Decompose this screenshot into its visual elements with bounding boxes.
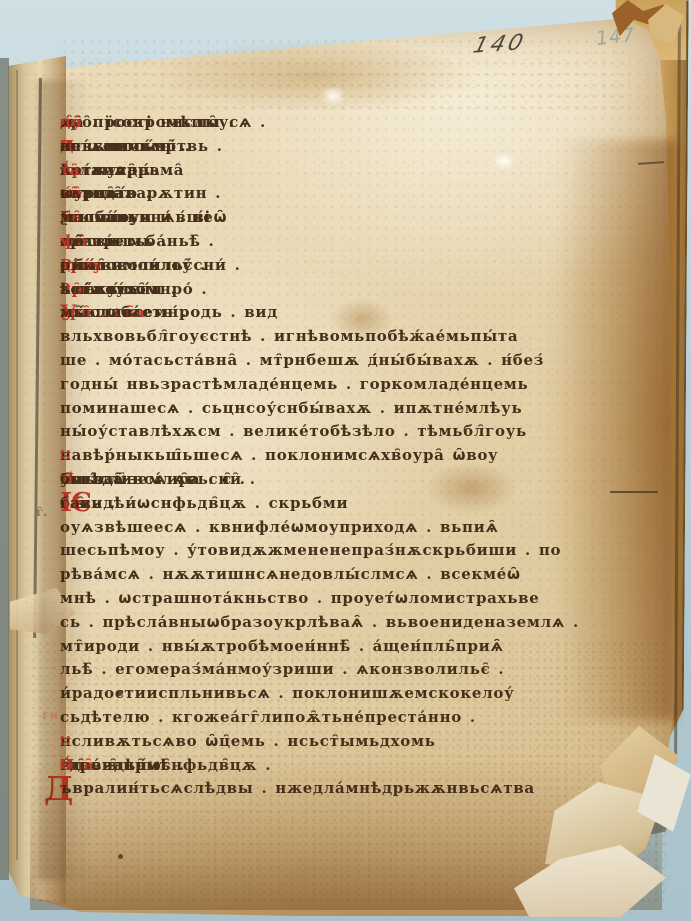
text-line: Реѓьгвимои́лоу̑ . дро́у . бл́говолильє́с… — [60, 254, 644, 278]
text-line: Гипомл́оуи н́ . в́і . по̑ѯсыба́нь . н́ма… — [60, 206, 644, 230]
text-segment: . — [60, 159, 66, 183]
text-line: рѣва́мсѧ . нѫѫтишнсѧнедовлы́слмсѧ . всек… — [60, 563, 644, 587]
text-segment: сьдѣтелю . кгожеа́гг̑липоѫ̑тьне́преста́н… — [60, 706, 476, 730]
manuscript-photo: дро̑прості нислы̑ . н́у . ѻ̑ма̑ . їсокро… — [0, 0, 691, 921]
text-block: дро̑прості нислы̑ . н́у . ѻ̑ма̑ . їсокро… — [60, 111, 644, 817]
text-segment: вьзгла̑ . — [60, 182, 138, 206]
text-segment: поминашесѧ . сьцнсоу́снбы́вахѫ . ипѫтне́… — [60, 397, 522, 421]
text-line: годны́ нвьзрастѣмладе́нцемь . горкомладе… — [60, 373, 644, 397]
text-line: ба́ть . гл̑а . в̑ . ІЄѓавидѣи́ѡснфьдв̑цѫ… — [60, 492, 644, 516]
text-segment: сь . прѣсла́вныѡбразоукрлѣваѧ̑ . вьвоени… — [60, 611, 579, 635]
folio-number-pencil: 147 — [595, 24, 636, 50]
text-line: скородаварѫтин . та̑ . трнет́о . н́ѡуена… — [60, 182, 644, 206]
text-line: мт̑ироди . нвы́ѫтробѣмоен́ннѣ̑ . а́щен́п… — [60, 635, 644, 659]
book-left-edge — [0, 58, 9, 880]
text-segment: нсливѫтьсѧво ѡ̑ц̑емь . нсьст̑ымьдхомь — [60, 730, 436, 754]
text-line: в̑ . Нстро́вапр̑мѣ̑ . Н́гдавидѣн́ѡснфьдв… — [60, 754, 644, 778]
text-segment: ѓавидѣи́ѡснфьдв̑цѫ . скрьбми — [60, 492, 348, 516]
ink-blot — [118, 854, 123, 859]
text-segment: невсегось́вр̑ . — [60, 135, 191, 159]
text-segment: ны́оу́ставлѣхѫсм . велике́тобѣзѣло . тѣм… — [60, 420, 527, 444]
text-segment: и́радостииспльнивьсѧ . поклонишѫемскокел… — [60, 682, 514, 706]
text-segment: рикл̑ — [60, 254, 106, 278]
text-line: оуѧзвѣшеесѧ . квнифле́ѡмоуприходѧ . вьпи… — [60, 516, 644, 540]
text-segment: ма̑ . їсокромѣшоусѧ . — [60, 111, 266, 135]
text-line: навѣр́ныкьш̑ьшесѧ . поклонимсѧхв̑оура̑ ѡ… — [60, 444, 644, 468]
text-segment: рѣва́мсѧ . нѫѫтишнсѧнедовлы́слмсѧ . всек… — [60, 563, 521, 587]
text-segment: навѣр́ныкьш̑ьшесѧ . поклонимсѧхв̑оура̑ ѡ… — [60, 444, 498, 468]
text-segment: ѣст́ѫутѫ . — [60, 278, 157, 302]
text-line: поминашесѧ . сьцнсоу́снбы́вахѫ . ипѫтне́… — [60, 397, 644, 421]
folio-number-ink: 140 — [470, 30, 528, 58]
text-segment: шесьпѣмоу . у́товидѫжмененепраз́нѫскрьби… — [60, 539, 561, 563]
text-line: Дъвралин́тьсѧслѣдвы . нжедла́мнѣдрьжѫнвь… — [60, 777, 644, 801]
text-segment: . — [60, 111, 66, 135]
text-line: ны́оу́ставлѣхѫсм . велике́тобѣзѣло . тѣм… — [60, 420, 644, 444]
text-segment: годны́ нвьзрастѣмладе́нцемь . горкомладе… — [60, 373, 528, 397]
rubric-segment: ∷ — [60, 730, 71, 754]
text-segment: ъвралин́тьсѧслѣдвы . нжедла́мнѣдрьжѫнвьс… — [60, 777, 535, 801]
text-segment: оуѧзвѣшеесѧ . квнифле́ѡмоуприходѧ . вьпи… — [60, 516, 499, 540]
text-segment: мт̑ироди . нвы́ѫтробѣмоен́ннѣ̑ . а́щен́п… — [60, 635, 504, 659]
text-line: Нспльнимьмл́твь . Заст́ѫпнсп́сн . Дневсе… — [60, 135, 644, 159]
gutter-crease-light — [16, 70, 18, 860]
text-segment: льѣ̑ . егомераз́ма́нмоу́зриши . ѧконзвол… — [60, 658, 504, 682]
rubric-segment: ∷ — [60, 444, 71, 468]
text-line: нсливѫтьсѧво ѡ̑ц̑емь . нсьст̑ымьдхомь ∷ — [60, 730, 644, 754]
text-line: сь . прѣсла́вныѡбразоукрлѣваѧ̑ . вьвоени… — [60, 611, 644, 635]
text-line: А́ггламирн́а . прѣст́ѫута̑ . и́котвоѧдрь… — [60, 159, 644, 183]
text-line: льѣ̑ . егомераз́ма́нмоу́зриши . ѧконзвол… — [60, 658, 644, 682]
text-segment: вльхвовьбл̑гоуєстнѣ . игнѣвомьпобѣж́ае́м… — [60, 325, 518, 349]
text-line: мнѣ . ѡстрашнота́кньство . проует́ѡломис… — [60, 587, 644, 611]
text-line: вльхвовьбл̑гоуєстнѣ . игнѣвомьпобѣж́ае́м… — [60, 325, 644, 349]
text-line: сьдѣтелю . кгожеа́гг̑липоѫ̑тьне́преста́н… — [60, 706, 644, 730]
text-segment: ше . мо́тасьста́вна̑ . мт̑рнбешѫ д́ны́бы… — [60, 349, 544, 373]
text-segment: . ѳ̑ . плмь . — [60, 230, 168, 254]
text-segment: малопоуннѧв́шеѡ̑ — [60, 206, 227, 230]
text-line: шесьпѣмоу . у́товидѫжмененепраз́нѫскрьби… — [60, 539, 644, 563]
text-line: и́радостииспльнивьсѧ . поклонишѫемскокел… — [60, 682, 644, 706]
worn-spot — [492, 152, 516, 170]
text-segment: мнѣ . ѡстрашнота́кньство . проует́ѡломис… — [60, 587, 539, 611]
text-line: нит́ноу́хо . по̑ . пакы́пл̑мнро́ . Заст́… — [60, 278, 644, 302]
worn-spot — [320, 86, 346, 106]
text-line: дро̑прості нислы̑ . н́у . ѻ̑ма̑ . їсокро… — [60, 111, 644, 135]
text-segment: мы́сливсемн́родь . вид — [60, 301, 278, 325]
text-line: ѧкопѡба́еть . тро̑ . гл̑а . ѕ̑ . Умы́сли… — [60, 301, 644, 325]
text-line: мл́твы . н́еренр́етьба́ньѣ̑ . кпо́к . ѱа… — [60, 230, 644, 254]
text-line: Нетннаѿзем́лѧвьсни̑ . ѻ́умы́сливсѧир̑а .… — [60, 468, 644, 492]
text-line: ше . мо́тасьста́вна̑ . мт̑рнбешѫ д́ны́бы… — [60, 349, 644, 373]
